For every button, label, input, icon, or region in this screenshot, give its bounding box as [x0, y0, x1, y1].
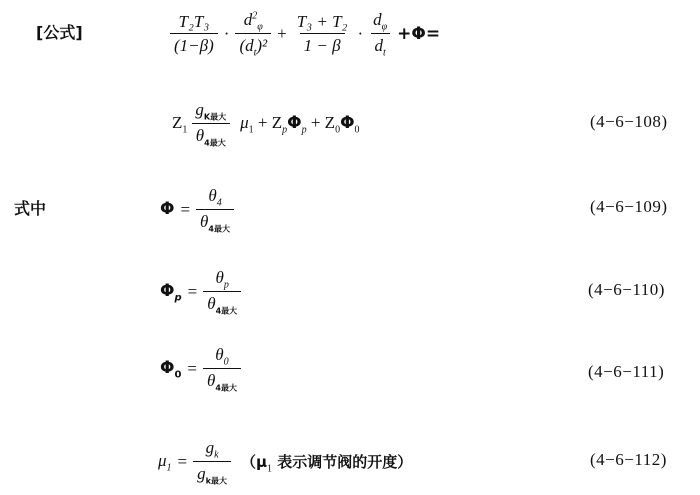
fraction-t2t3-over-1-beta: T₂T₃ (1−β) — [170, 12, 218, 56]
fraction-theta4-over-theta4-max: θ4 θ4最大 — [196, 186, 234, 235]
equation-number-108: (4−6−108) — [590, 112, 668, 132]
fraction-gk-max-over-theta4-max: gK最大 θ4最大 — [191, 100, 230, 149]
fraction-dphi2-over-dt2: d2φ (dt)² — [235, 10, 271, 59]
multiply-dot: · — [224, 24, 230, 44]
equation-111: Φ0 = θ0 θ4最大 — [160, 345, 241, 394]
multiply-dot: · — [357, 24, 363, 44]
main-formula-line1: T₂T₃ (1−β) · d2φ (dt)² + T₃ + T₂ 1 − β ·… — [170, 10, 440, 59]
fraction-gk-over-gk-max: gk gk最大 — [193, 438, 231, 487]
equation-number-110: (4−6−110) — [588, 280, 665, 300]
fraction-theta0-over-theta4-max: θ0 θ4最大 — [203, 345, 241, 394]
fraction-dphi-over-dt: dφ dt — [369, 10, 391, 59]
plus-sign: + — [277, 24, 287, 44]
equation-number-111: (4−6−111) — [588, 362, 664, 382]
fraction-thetap-over-theta4-max: θp θ4最大 — [203, 268, 241, 317]
main-formula-line2: Z1 gK最大 θ4最大 μ1 + ZpΦp + Z0Φ0 — [172, 100, 360, 149]
where-label: 式中 — [14, 196, 46, 219]
formula-heading: [公式] — [36, 20, 83, 43]
equation-109: Φ = θ4 θ4最大 — [160, 186, 234, 235]
valve-opening-note: （μ1 表示调节阀的开度） — [241, 451, 412, 474]
equation-112: μ1 = gk gk最大 （μ1 表示调节阀的开度） — [158, 438, 412, 487]
plus-phi-equals: +Φ= — [397, 24, 440, 44]
equation-110: Φp = θp θ4最大 — [160, 268, 241, 317]
equation-number-112: (4−6−112) — [590, 450, 667, 470]
equation-number-109: (4−6−109) — [590, 197, 668, 217]
fraction-t3-plus-t2-over-1-beta: T₃ + T₂ 1 − β — [293, 12, 352, 56]
